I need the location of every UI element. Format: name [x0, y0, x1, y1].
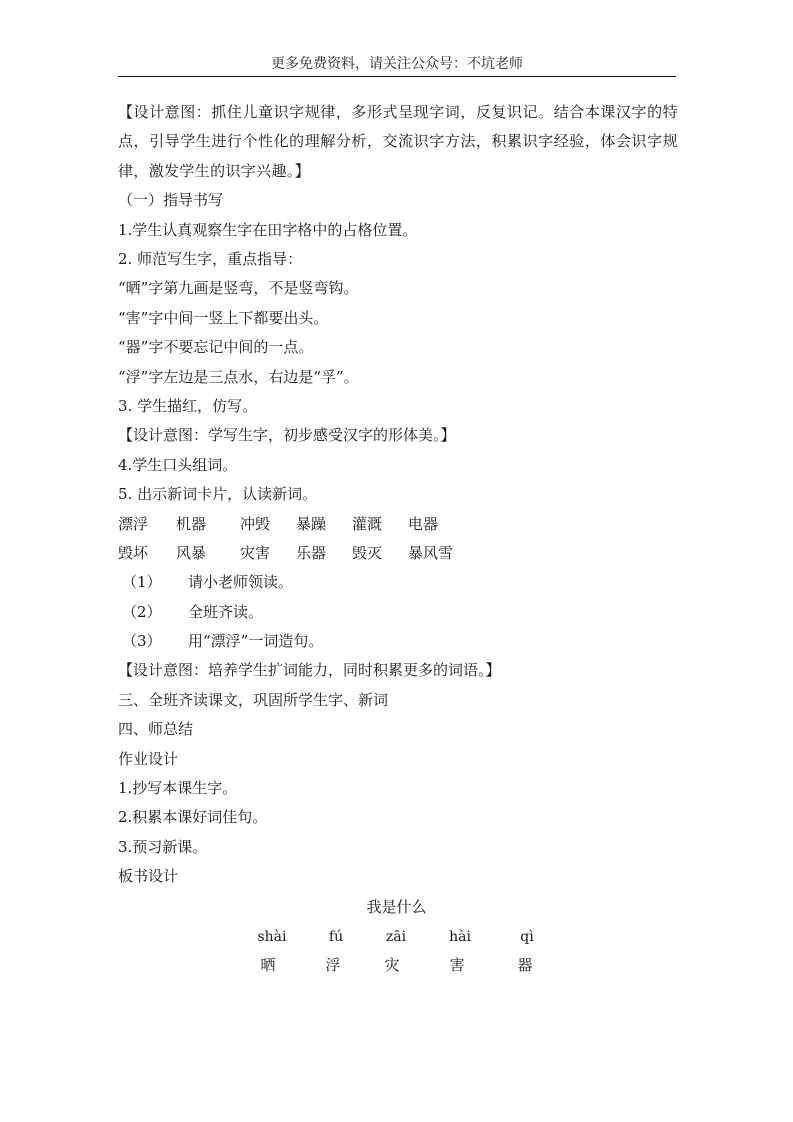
hanzi: 器: [495, 954, 555, 976]
step-4: 4.学生口头组词。: [118, 451, 678, 480]
sub-step-text: 请小老师领读。: [188, 568, 293, 597]
step-3: 3. 学生描红，仿写。: [118, 392, 678, 421]
sub-step-number: （1）: [118, 568, 188, 597]
word: 漂浮: [118, 510, 176, 539]
section-writing-guidance: （一）指导书写: [118, 186, 678, 215]
sub-step-3: （3） 用“漂浮”一词造句。: [118, 627, 678, 656]
sub-step-text: 全班齐读。: [188, 598, 263, 627]
homework-item-2: 2.积累本课好词佳句。: [118, 803, 678, 832]
writing-tip-3: “器”字不要忘记中间的一点。: [118, 333, 678, 362]
sub-step-number: （3）: [118, 627, 188, 656]
homework-item-1: 1.抄写本课生字。: [118, 774, 678, 803]
pinyin: fú: [306, 926, 366, 948]
homework-item-3: 3.预习新课。: [118, 833, 678, 862]
hanzi: 晒: [238, 954, 298, 976]
new-words-row-1: 漂浮 机器 冲毁 暴躁 灌溉 电器: [118, 510, 678, 539]
word: 乐器: [296, 539, 352, 568]
word: 电器: [408, 510, 478, 539]
step-1: 1.学生认真观察生字在田字格中的占格位置。: [118, 216, 678, 245]
word: 灌溉: [352, 510, 408, 539]
sub-step-number: （2）: [118, 598, 188, 627]
board-design-heading: 板书设计: [118, 862, 678, 891]
hanzi: 浮: [303, 954, 363, 976]
pinyin: shài: [242, 926, 302, 948]
board-title: 我是什么: [0, 896, 793, 918]
hanzi: 害: [427, 954, 487, 976]
word: 冲毁: [240, 510, 296, 539]
document-body: 【设计意图：抓住儿童识字规律，多形式呈现字词，反复识记。结合本课汉字的特点，引导…: [118, 98, 678, 892]
sub-step-text: 用“漂浮”一词造句。: [188, 627, 323, 656]
word: 机器: [176, 510, 240, 539]
board-hanzi-row: 晒 浮 灾 害 器: [0, 954, 793, 976]
word: 毁坏: [118, 539, 176, 568]
new-words-row-2: 毁坏 风暴 灾害 乐器 毁灭 暴风雪: [118, 539, 678, 568]
word: 灾害: [240, 539, 296, 568]
design-intent-3: 【设计意图：培养学生扩词能力，同时积累更多的词语。】: [118, 656, 678, 685]
writing-tip-2: “害”字中间一竖上下都要出头。: [118, 304, 678, 333]
word: 暴风雪: [408, 539, 478, 568]
writing-tip-1: “晒”字第九画是竖弯，不是竖弯钩。: [118, 274, 678, 303]
word: 毁灭: [352, 539, 408, 568]
pinyin: zāi: [366, 926, 426, 948]
pinyin: hài: [430, 926, 490, 948]
sub-step-1: （1） 请小老师领读。: [118, 568, 678, 597]
word: 风暴: [176, 539, 240, 568]
writing-tip-4: “浮”字左边是三点水，右边是“孚”。: [118, 363, 678, 392]
header-divider: [118, 76, 676, 77]
sub-step-2: （2） 全班齐读。: [118, 598, 678, 627]
design-intent-1: 【设计意图：抓住儿童识字规律，多形式呈现字词，反复识记。结合本课汉字的特点，引导…: [118, 98, 678, 186]
section-3-heading: 三、全班齐读课文，巩固所学生字、新词: [118, 686, 678, 715]
board-pinyin-row: shài fú zāi hài qì: [0, 926, 793, 948]
step-5: 5. 出示新词卡片，认读新词。: [118, 480, 678, 509]
page-header: 更多免费资料，请关注公众号：不坑老师: [118, 55, 676, 73]
design-intent-2: 【设计意图：学写生字，初步感受汉字的形体美。】: [118, 421, 678, 450]
section-4-heading: 四、师总结: [118, 715, 678, 744]
word: 暴躁: [296, 510, 352, 539]
step-2: 2. 师范写生字，重点指导：: [118, 245, 678, 274]
hanzi: 灾: [362, 954, 422, 976]
pinyin: qì: [497, 926, 557, 948]
homework-title: 作业设计: [118, 745, 678, 774]
